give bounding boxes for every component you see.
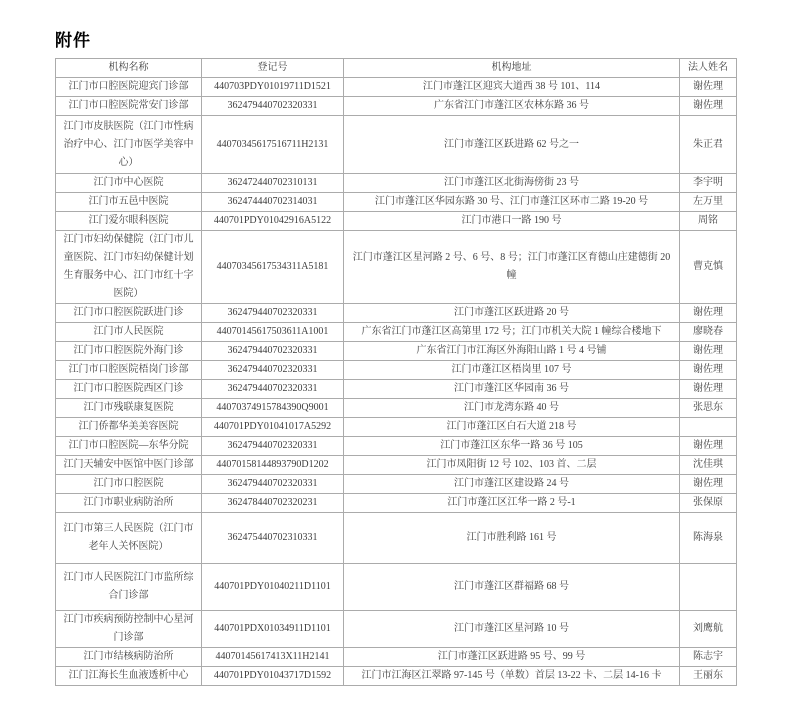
table-row: 江门市口腔医院—东华分院362479440702320331江门市蓬江区东华一路… bbox=[56, 437, 737, 456]
cell-registration-no: 440701PDY01041017A5292 bbox=[202, 418, 344, 437]
cell-institution-name: 江门市妇幼保健院（江门市儿童医院、江门市妇幼保健计划生育服务中心、江门市红十字医… bbox=[56, 231, 202, 304]
cell-address: 江门市凤阳街 12 号 102、103 首、二层 bbox=[344, 456, 680, 475]
cell-address: 江门市蓬江区跃进路 62 号之一 bbox=[344, 116, 680, 174]
cell-institution-name: 江门市职业病防治所 bbox=[56, 494, 202, 513]
cell-registration-no: 44070374915784390Q9001 bbox=[202, 399, 344, 418]
institutions-table: 机构名称 登记号 机构地址 法人姓名 江门市口腔医院迎宾门诊部440703PDY… bbox=[55, 58, 737, 686]
table-row: 江门天辅安中医馆中医门诊部44070158144893790D1202江门市凤阳… bbox=[56, 456, 737, 475]
table-row: 江门市口腔医院常安门诊部362479440702320331广东省江门市蓬江区农… bbox=[56, 97, 737, 116]
cell-address: 江门市蓬江区白石大道 218 号 bbox=[344, 418, 680, 437]
cell-legal-name: 谢佐理 bbox=[680, 361, 737, 380]
table-row: 江门市口腔医院梧岗门诊部362479440702320331江门市蓬江区梧岗里 … bbox=[56, 361, 737, 380]
cell-registration-no: 362479440702320331 bbox=[202, 97, 344, 116]
cell-registration-no: 440701PDY01043717D1592 bbox=[202, 667, 344, 686]
table-row: 江门市口腔医院跃进门诊362479440702320331江门市蓬江区跃进路 2… bbox=[56, 304, 737, 323]
cell-address: 江门市蓬江区群福路 68 号 bbox=[344, 564, 680, 611]
cell-institution-name: 江门市口腔医院梧岗门诊部 bbox=[56, 361, 202, 380]
header-legal-name: 法人姓名 bbox=[680, 59, 737, 78]
cell-institution-name: 江门市皮肤医院（江门市性病治疗中心、江门市医学美容中心） bbox=[56, 116, 202, 174]
header-registration-no: 登记号 bbox=[202, 59, 344, 78]
cell-address: 江门市蓬江区星河路 2 号、6 号、8 号；江门市蓬江区育德山庄建德街 20 幢 bbox=[344, 231, 680, 304]
cell-legal-name: 谢佐理 bbox=[680, 475, 737, 494]
cell-registration-no: 362479440702320331 bbox=[202, 342, 344, 361]
cell-legal-name: 张思东 bbox=[680, 399, 737, 418]
cell-institution-name: 江门市人民医院 bbox=[56, 323, 202, 342]
cell-institution-name: 江门爱尔眼科医院 bbox=[56, 212, 202, 231]
cell-legal-name: 周铭 bbox=[680, 212, 737, 231]
cell-institution-name: 江门市疾病预防控制中心星河门诊部 bbox=[56, 611, 202, 648]
cell-registration-no: 44070345617534311A5181 bbox=[202, 231, 344, 304]
cell-legal-name: 张保原 bbox=[680, 494, 737, 513]
table-row: 江门市皮肤医院（江门市性病治疗中心、江门市医学美容中心）440703456175… bbox=[56, 116, 737, 174]
document-page: 附件 机构名称 登记号 机构地址 法人姓名 江门市口腔医院迎宾门诊部440703… bbox=[0, 0, 788, 722]
cell-registration-no: 362472440702310131 bbox=[202, 174, 344, 193]
cell-institution-name: 江门市五邑中医院 bbox=[56, 193, 202, 212]
cell-institution-name: 江门江海长生血液透析中心 bbox=[56, 667, 202, 686]
table-row: 江门爱尔眼科医院440701PDY01042916A5122江门市港口一路 19… bbox=[56, 212, 737, 231]
cell-institution-name: 江门侨都华美美容医院 bbox=[56, 418, 202, 437]
cell-address: 江门市龙湾东路 40 号 bbox=[344, 399, 680, 418]
table-row: 江门市妇幼保健院（江门市儿童医院、江门市妇幼保健计划生育服务中心、江门市红十字医… bbox=[56, 231, 737, 304]
cell-address: 广东省江门市江海区外海阳山路 1 号 4 号铺 bbox=[344, 342, 680, 361]
cell-legal-name: 谢佐理 bbox=[680, 97, 737, 116]
cell-legal-name: 谢佐理 bbox=[680, 437, 737, 456]
cell-institution-name: 江门市残联康复医院 bbox=[56, 399, 202, 418]
cell-institution-name: 江门市结核病防治所 bbox=[56, 648, 202, 667]
cell-registration-no: 44070145617413X11H2141 bbox=[202, 648, 344, 667]
table-row: 江门市口腔医院迎宾门诊部440703PDY01019711D1521江门市蓬江区… bbox=[56, 78, 737, 97]
cell-registration-no: 362478440702320231 bbox=[202, 494, 344, 513]
cell-legal-name bbox=[680, 564, 737, 611]
cell-address: 江门市蓬江区迎宾大道西 38 号 101、114 bbox=[344, 78, 680, 97]
table-row: 江门市口腔医院西区门诊362479440702320331江门市蓬江区华园南 3… bbox=[56, 380, 737, 399]
table-row: 江门市残联康复医院44070374915784390Q9001江门市龙湾东路 4… bbox=[56, 399, 737, 418]
cell-legal-name: 刘鹰航 bbox=[680, 611, 737, 648]
header-address: 机构地址 bbox=[344, 59, 680, 78]
cell-address: 江门市蓬江区江华一路 2 号-1 bbox=[344, 494, 680, 513]
cell-institution-name: 江门市口腔医院跃进门诊 bbox=[56, 304, 202, 323]
cell-address: 江门市蓬江区东华一路 36 号 105 bbox=[344, 437, 680, 456]
cell-institution-name: 江门市口腔医院迎宾门诊部 bbox=[56, 78, 202, 97]
cell-registration-no: 362479440702320331 bbox=[202, 475, 344, 494]
cell-registration-no: 362479440702320331 bbox=[202, 437, 344, 456]
table-row: 江门市口腔医院外海门诊362479440702320331广东省江门市江海区外海… bbox=[56, 342, 737, 361]
cell-address: 江门市蓬江区建设路 24 号 bbox=[344, 475, 680, 494]
cell-institution-name: 江门天辅安中医馆中医门诊部 bbox=[56, 456, 202, 475]
cell-legal-name: 谢佐理 bbox=[680, 78, 737, 97]
cell-address: 广东省江门市蓬江区农林东路 36 号 bbox=[344, 97, 680, 116]
cell-legal-name: 谢佐理 bbox=[680, 380, 737, 399]
cell-address: 广东省江门市蓬江区高第里 172 号；江门市机关大院 1 幢综合楼地下 bbox=[344, 323, 680, 342]
cell-registration-no: 362474440702314031 bbox=[202, 193, 344, 212]
cell-legal-name: 左万里 bbox=[680, 193, 737, 212]
cell-registration-no: 440703PDY01019711D1521 bbox=[202, 78, 344, 97]
cell-address: 江门市蓬江区跃进路 20 号 bbox=[344, 304, 680, 323]
cell-legal-name: 陈海泉 bbox=[680, 513, 737, 564]
cell-institution-name: 江门市人民医院江门市监所综合门诊部 bbox=[56, 564, 202, 611]
cell-registration-no: 362479440702320331 bbox=[202, 361, 344, 380]
cell-legal-name bbox=[680, 418, 737, 437]
cell-registration-no: 44070145617503611A1001 bbox=[202, 323, 344, 342]
table-row: 江门市人民医院44070145617503611A1001广东省江门市蓬江区高第… bbox=[56, 323, 737, 342]
cell-institution-name: 江门市口腔医院西区门诊 bbox=[56, 380, 202, 399]
cell-legal-name: 王丽东 bbox=[680, 667, 737, 686]
table-body: 江门市口腔医院迎宾门诊部440703PDY01019711D1521江门市蓬江区… bbox=[56, 78, 737, 686]
cell-institution-name: 江门市口腔医院外海门诊 bbox=[56, 342, 202, 361]
header-institution-name: 机构名称 bbox=[56, 59, 202, 78]
cell-legal-name: 谢佐理 bbox=[680, 304, 737, 323]
cell-legal-name: 陈志宇 bbox=[680, 648, 737, 667]
cell-registration-no: 362479440702320331 bbox=[202, 304, 344, 323]
cell-legal-name: 曹克慎 bbox=[680, 231, 737, 304]
cell-legal-name: 沈佳琪 bbox=[680, 456, 737, 475]
page-title: 附件 bbox=[55, 26, 788, 51]
table-header-row: 机构名称 登记号 机构地址 法人姓名 bbox=[56, 59, 737, 78]
table-row: 江门市口腔医院362479440702320331江门市蓬江区建设路 24 号谢… bbox=[56, 475, 737, 494]
cell-registration-no: 362475440702310331 bbox=[202, 513, 344, 564]
cell-institution-name: 江门市中心医院 bbox=[56, 174, 202, 193]
cell-legal-name: 朱正君 bbox=[680, 116, 737, 174]
cell-registration-no: 44070345617516711H2131 bbox=[202, 116, 344, 174]
cell-registration-no: 44070158144893790D1202 bbox=[202, 456, 344, 475]
cell-address: 江门市港口一路 190 号 bbox=[344, 212, 680, 231]
cell-institution-name: 江门市口腔医院常安门诊部 bbox=[56, 97, 202, 116]
cell-legal-name: 李宇明 bbox=[680, 174, 737, 193]
cell-address: 江门市蓬江区跃进路 95 号、99 号 bbox=[344, 648, 680, 667]
cell-legal-name: 廖晓春 bbox=[680, 323, 737, 342]
table-row: 江门市职业病防治所362478440702320231江门市蓬江区江华一路 2 … bbox=[56, 494, 737, 513]
cell-address: 江门市江海区江翠路 97-145 号（单数）首层 13-22 卡、二层 14-1… bbox=[344, 667, 680, 686]
table-row: 江门市人民医院江门市监所综合门诊部440701PDY01040211D1101江… bbox=[56, 564, 737, 611]
cell-institution-name: 江门市口腔医院 bbox=[56, 475, 202, 494]
cell-address: 江门市蓬江区华园东路 30 号、江门市蓬江区环市二路 19-20 号 bbox=[344, 193, 680, 212]
cell-registration-no: 440701PDY01040211D1101 bbox=[202, 564, 344, 611]
cell-registration-no: 440701PDX01034911D1101 bbox=[202, 611, 344, 648]
cell-address: 江门市蓬江区北街海傍街 23 号 bbox=[344, 174, 680, 193]
cell-legal-name: 谢佐理 bbox=[680, 342, 737, 361]
cell-address: 江门市蓬江区华园南 36 号 bbox=[344, 380, 680, 399]
cell-address: 江门市胜利路 161 号 bbox=[344, 513, 680, 564]
table-row: 江门江海长生血液透析中心440701PDY01043717D1592江门市江海区… bbox=[56, 667, 737, 686]
cell-address: 江门市蓬江区星河路 10 号 bbox=[344, 611, 680, 648]
cell-registration-no: 440701PDY01042916A5122 bbox=[202, 212, 344, 231]
table-row: 江门市第三人民医院（江门市老年人关怀医院）362475440702310331江… bbox=[56, 513, 737, 564]
table-row: 江门市五邑中医院362474440702314031江门市蓬江区华园东路 30 … bbox=[56, 193, 737, 212]
table-row: 江门市疾病预防控制中心星河门诊部440701PDX01034911D1101江门… bbox=[56, 611, 737, 648]
table-row: 江门侨都华美美容医院440701PDY01041017A5292江门市蓬江区白石… bbox=[56, 418, 737, 437]
table-row: 江门市中心医院362472440702310131江门市蓬江区北街海傍街 23 … bbox=[56, 174, 737, 193]
cell-institution-name: 江门市第三人民医院（江门市老年人关怀医院） bbox=[56, 513, 202, 564]
table-row: 江门市结核病防治所44070145617413X11H2141江门市蓬江区跃进路… bbox=[56, 648, 737, 667]
cell-institution-name: 江门市口腔医院—东华分院 bbox=[56, 437, 202, 456]
cell-address: 江门市蓬江区梧岗里 107 号 bbox=[344, 361, 680, 380]
cell-registration-no: 362479440702320331 bbox=[202, 380, 344, 399]
